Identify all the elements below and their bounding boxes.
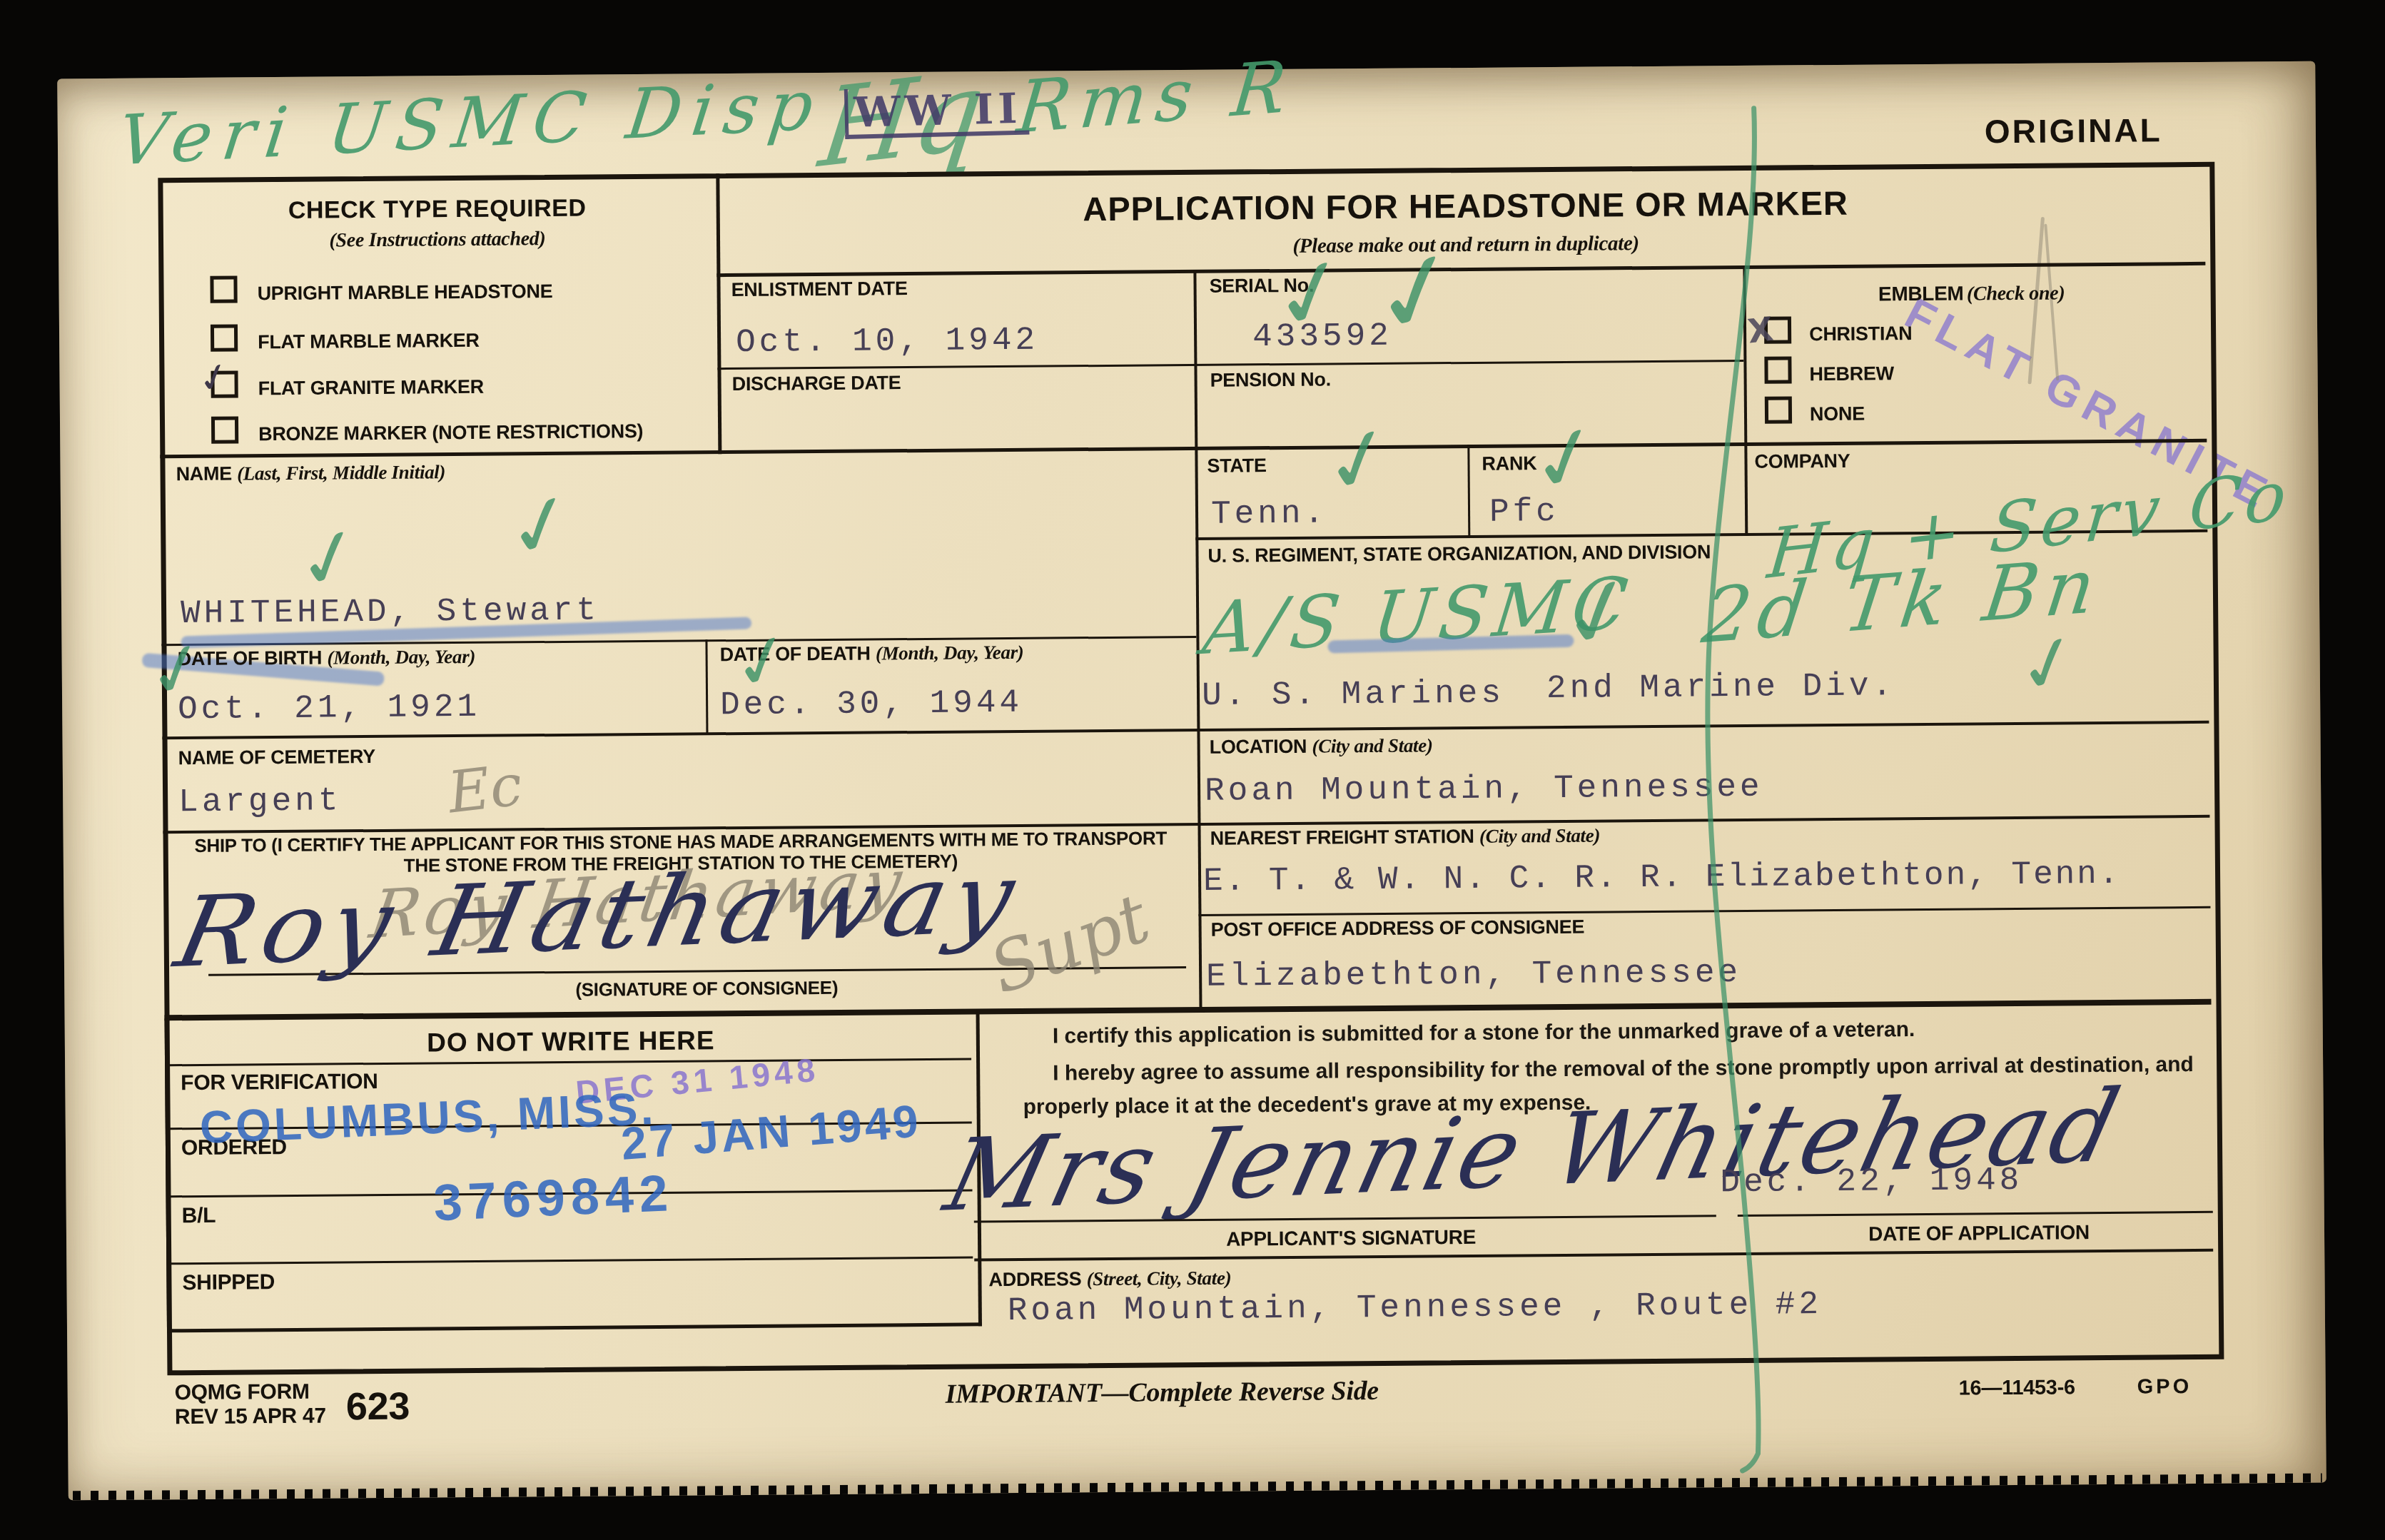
address-label: ADDRESS (Street, City, State) <box>988 1267 1231 1291</box>
form-card: Veri USMC Disp Hq Rms R WW II ORIGINAL F… <box>57 61 2326 1501</box>
date-of-birth-label: DATE OF BIRTH (Month, Day, Year) <box>177 646 475 670</box>
emblem-option-label: NONE <box>1810 403 1865 425</box>
date-of-application-value: Dec. 22, 1948 <box>1720 1162 2022 1201</box>
handwritten-note-top-left: Veri USMC Disp <box>114 70 826 176</box>
check-option-label: BRONZE MARKER (NOTE RESTRICTIONS) <box>258 420 643 445</box>
checkbox-flat-marble <box>211 324 238 351</box>
handwritten-note-top-right: Rms R <box>1014 51 1297 144</box>
location-label-text: LOCATION <box>1210 736 1307 758</box>
dob-qualifier: (Month, Day, Year) <box>327 646 475 669</box>
emblem-option-label: HEBREW <box>1809 363 1893 385</box>
gpo-label: GPO <box>2137 1375 2192 1399</box>
checkbox-bronze <box>211 416 238 443</box>
freight-station-value: E. T. & W. N. C. R. R. Elizabethton, Ten… <box>1203 856 2121 900</box>
check-option-label: UPRIGHT MARBLE HEADSTONE <box>257 280 552 304</box>
bl-label: B/L <box>182 1204 216 1228</box>
enlistment-date-label: ENLISTMENT DATE <box>731 278 907 300</box>
cemetery-label: NAME OF CEMETERY <box>178 746 375 769</box>
enlistment-date-value: Oct. 10, 1942 <box>736 323 1038 361</box>
address-qualifier: (Street, City, State) <box>1086 1267 1231 1290</box>
address-label-text: ADDRESS <box>988 1268 1081 1290</box>
freight-label-text: NEAREST FREIGHT STATION <box>1210 826 1474 849</box>
checkbox-none <box>1765 396 1792 423</box>
checkbox-hebrew <box>1764 356 1791 383</box>
company-label: COMPANY <box>1754 450 1850 472</box>
shipped-label: SHIPPED <box>182 1270 275 1295</box>
name-label: NAME (Last, First, Middle Initial) <box>176 461 445 485</box>
name-label-text: NAME <box>176 463 232 485</box>
discharge-date-label: DISCHARGE DATE <box>731 372 901 395</box>
freight-qualifier: (City and State) <box>1479 825 1600 847</box>
state-value: Tenn. <box>1211 495 1327 532</box>
name-qualifier: (Last, First, Middle Initial) <box>237 461 445 484</box>
address-value: Roan Mountain, Tennessee , Route #2 <box>1008 1287 1823 1329</box>
consignee-signature-label: (SIGNATURE OF CONSIGNEE) <box>435 976 978 1001</box>
check-option-label: FLAT MARBLE MARKER <box>258 330 480 353</box>
po-address-label: POST OFFICE ADDRESS OF CONSIGNEE <box>1211 916 1585 941</box>
location-label: LOCATION (City and State) <box>1210 734 1433 758</box>
regiment-value-1: U. S. Marines <box>1202 676 1504 714</box>
emblem-qualifier: (Check one) <box>1967 282 2065 305</box>
location-value: Roan Mountain, Tennessee <box>1205 769 1763 810</box>
ww2-stamp: WW II <box>844 85 1029 139</box>
emblem-heading: EMBLEM (Check one) <box>1758 280 2186 307</box>
date-of-application-label: DATE OF APPLICATION <box>1765 1220 2193 1246</box>
form-code-line-2: REV 15 APR 47 <box>175 1404 326 1429</box>
cemetery-value: Largent <box>178 783 342 820</box>
freight-station-label: NEAREST FREIGHT STATION (City and State) <box>1210 825 1601 850</box>
cemetery-pencil-note: Ec <box>445 756 525 821</box>
check-type-subtitle: (See Instructions attached) <box>166 226 709 253</box>
x-mark-christian-icon <box>1746 310 1775 351</box>
photo-background: Veri USMC Disp Hq Rms R WW II ORIGINAL F… <box>0 0 2385 1540</box>
bl-number-stamp: 3769842 <box>432 1167 674 1229</box>
original-label: ORIGINAL <box>1985 113 2162 148</box>
location-qualifier: (City and State) <box>1312 734 1432 756</box>
state-label: STATE <box>1207 455 1266 477</box>
important-note: IMPORTANT—Complete Reverse Side <box>946 1376 1379 1409</box>
emblem-option-label: CHRISTIAN <box>1809 323 1913 345</box>
for-verification-label: FOR VERIFICATION <box>181 1070 378 1095</box>
date-of-birth-value: Oct. 21, 1921 <box>178 689 480 728</box>
checkbox-upright-marble <box>210 275 237 303</box>
regiment-value-2: 2nd Marine Div. <box>1546 668 1895 706</box>
check-type-title: CHECK TYPE REQUIRED <box>166 193 709 225</box>
po-address-value: Elizabethton, Tennessee <box>1206 955 1741 995</box>
do-not-write-title: DO NOT WRITE HERE <box>172 1023 970 1059</box>
form-code-line-1: OQMG FORM <box>175 1380 310 1405</box>
check-option-label: FLAT GRANITE MARKER <box>258 376 485 400</box>
dod-qualifier: (Month, Day, Year) <box>876 642 1024 664</box>
applicant-signature-label: APPLICANT'S SIGNATURE <box>1065 1225 1636 1252</box>
form-number: 623 <box>346 1385 410 1429</box>
pension-no-label: PENSION No. <box>1210 368 1330 391</box>
emblem-label: EMBLEM <box>1878 282 1964 305</box>
print-code: 16—11453-6 <box>1959 1376 2075 1400</box>
